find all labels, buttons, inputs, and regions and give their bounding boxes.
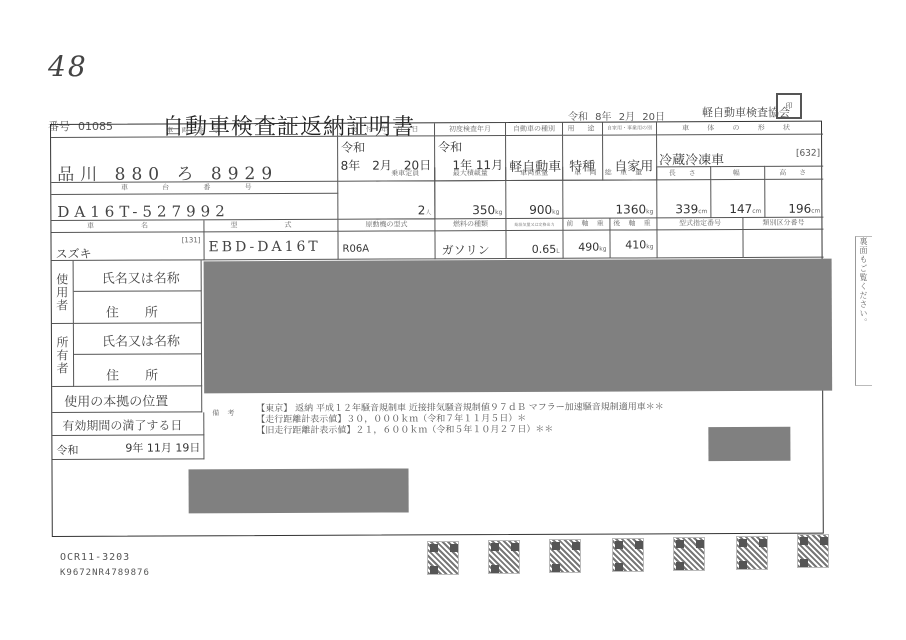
rear-axle-label: 後 軸 重 — [610, 218, 657, 230]
length-value: 339cm — [675, 202, 707, 216]
user-address-label: 住 所 — [74, 291, 202, 324]
first-reg-era: 令和 — [438, 138, 462, 155]
category-no-cell — [743, 230, 823, 258]
weight-label: 車両重量 — [506, 167, 563, 181]
qr-code-icon — [488, 540, 520, 574]
remarks-block: 【東京】 返納 平成１２年騒音規制車 近接排気騒音規制値９７ｄＢ マフラー加速騒… — [256, 402, 664, 437]
max-load-label: 最大積載量 — [435, 167, 506, 181]
qr-code-icon — [612, 538, 644, 572]
body-cell: 冷蔵冷凍車 [632] — [657, 135, 823, 167]
make-code: [131] — [182, 236, 201, 244]
issued-label: 交 付 年 月 日 — [338, 123, 435, 136]
base-location-label: 使用の本拠の位置 — [52, 386, 202, 413]
height-label: 高 さ — [765, 166, 823, 180]
engine-label: 原動機の型式 — [338, 219, 435, 231]
max-load-value: 350kg — [472, 203, 502, 217]
user-name-label: 氏名又は名称 — [74, 260, 202, 292]
length-cell: 339cm — [657, 180, 711, 218]
type-approval-cell — [657, 230, 743, 258]
remarks-line: 【東京】 返納 平成１２年騒音規制車 近接排気騒音規制値９７ｄＢ マフラー加速騒… — [256, 402, 663, 415]
expiry-label: 有効期間の満了する日 — [52, 412, 204, 436]
type-approval-label: 型式指定番号 — [657, 218, 743, 230]
see-reverse-text: 裏面もご覧ください。 — [858, 237, 869, 327]
plate-cell: 品川 880 ろ 8929 — [51, 137, 338, 183]
displacement-cell: 0.65L — [506, 231, 563, 259]
expiry-cell: 令和 9年 11月 19日 — [52, 435, 204, 460]
owner-address-label: 住 所 — [74, 354, 202, 387]
capacity-value: 2人 — [418, 203, 432, 217]
fuel-cell: ガソリン — [435, 231, 506, 259]
rear-axle-cell: 410kg — [610, 230, 657, 258]
use-label: 用 途 — [563, 123, 603, 136]
owner-group-label: 所有者 — [54, 335, 71, 374]
max-load-cell: 350kg — [435, 181, 506, 219]
body-label: 車 体 の 形 状 — [657, 122, 823, 136]
expiry-era: 令和 — [56, 442, 78, 458]
remarks-label: 備 考 — [212, 408, 237, 418]
qr-code-icon — [797, 534, 829, 568]
weight-cell: 900kg — [506, 181, 563, 219]
height-value: 196cm — [788, 202, 820, 216]
body-code: [632] — [796, 149, 820, 159]
chassis-value: DA16T-527992 — [57, 202, 229, 221]
redacted-owner-info — [204, 259, 833, 394]
fuel-value: ガソリン — [442, 241, 490, 258]
gross-value: 1360kg — [616, 202, 654, 216]
engine-value: R06A — [343, 244, 370, 255]
first-reg-label: 初度検査年月 — [435, 123, 506, 136]
front-axle-label: 前 軸 重 — [563, 219, 610, 231]
chassis-cell: DA16T-527992 — [51, 194, 338, 221]
owner-name-label: 氏名又は名称 — [74, 323, 202, 355]
document-code: K9672NR4789876 — [60, 568, 150, 578]
width-cell: 147cm — [711, 180, 765, 218]
certificate-form: 車 両 番 号 品川 880 ろ 8929 交 付 年 月 日 令和 8年 2月… — [50, 121, 824, 537]
width-value: 147cm — [729, 202, 761, 216]
displacement-label: 総排気量又は定格出力 — [506, 219, 563, 231]
redacted-signature-area — [189, 468, 409, 513]
see-reverse-note: 裏面もご覧ください。 — [855, 236, 872, 386]
gross-label: 車 両 総 重 量 — [563, 166, 657, 180]
category-label: 自動車の種別 — [506, 123, 563, 136]
model-value: EBD-DA16T — [209, 239, 321, 255]
model-label: 型 式 — [204, 220, 338, 233]
fuel-label: 燃料の種類 — [435, 219, 506, 231]
front-axle-cell: 490kg — [563, 231, 610, 259]
make-value: スズキ — [56, 245, 92, 262]
weight-value: 900kg — [529, 203, 559, 217]
make-cell: スズキ [131] — [51, 232, 204, 261]
official-seal-icon: 印 — [776, 93, 802, 119]
ocr-code: OCR11-3203 — [60, 552, 130, 563]
handwritten-number: 48 — [48, 50, 88, 83]
length-label: 長 さ — [657, 166, 711, 180]
redacted-stamp-area — [708, 427, 790, 461]
front-axle-value: 490kg — [578, 241, 606, 254]
issued-era: 令和 — [341, 139, 365, 156]
remarks-line: 【旧走行距離計表示値】２１，６００ｋｍ（令和５年１０月２７日）＊＊ — [256, 424, 663, 437]
qr-code-icon — [736, 536, 768, 570]
rear-axle-value: 410kg — [625, 238, 653, 251]
private-label: 自家用・事業用の別 — [603, 122, 657, 135]
qr-code-icon — [549, 539, 581, 573]
engine-cell: R06A — [338, 231, 435, 259]
qr-code-icon — [427, 541, 459, 575]
qr-code-icon — [673, 537, 705, 571]
expiry-value: 9年 11月 19日 — [125, 439, 200, 455]
owner-group-cell: 所有者 — [52, 324, 74, 387]
user-group-cell: 使用者 — [52, 261, 74, 324]
user-group-label: 使用者 — [54, 272, 71, 311]
plate-label: 車 両 番 号 — [51, 124, 338, 138]
width-label: 幅 — [711, 166, 765, 180]
model-cell: EBD-DA16T — [204, 232, 338, 261]
make-label: 車 名 — [51, 220, 204, 233]
capacity-label: 乗車定員 — [376, 167, 435, 181]
height-cell: 196cm — [765, 180, 823, 218]
plate-value: 品川 880 ろ 8929 — [57, 159, 278, 185]
capacity-cell: 2人 — [376, 181, 435, 219]
gross-cell: 1360kg — [563, 180, 657, 218]
displacement-value: 0.65L — [532, 243, 560, 256]
category-no-label: 類別区分番号 — [743, 218, 823, 230]
